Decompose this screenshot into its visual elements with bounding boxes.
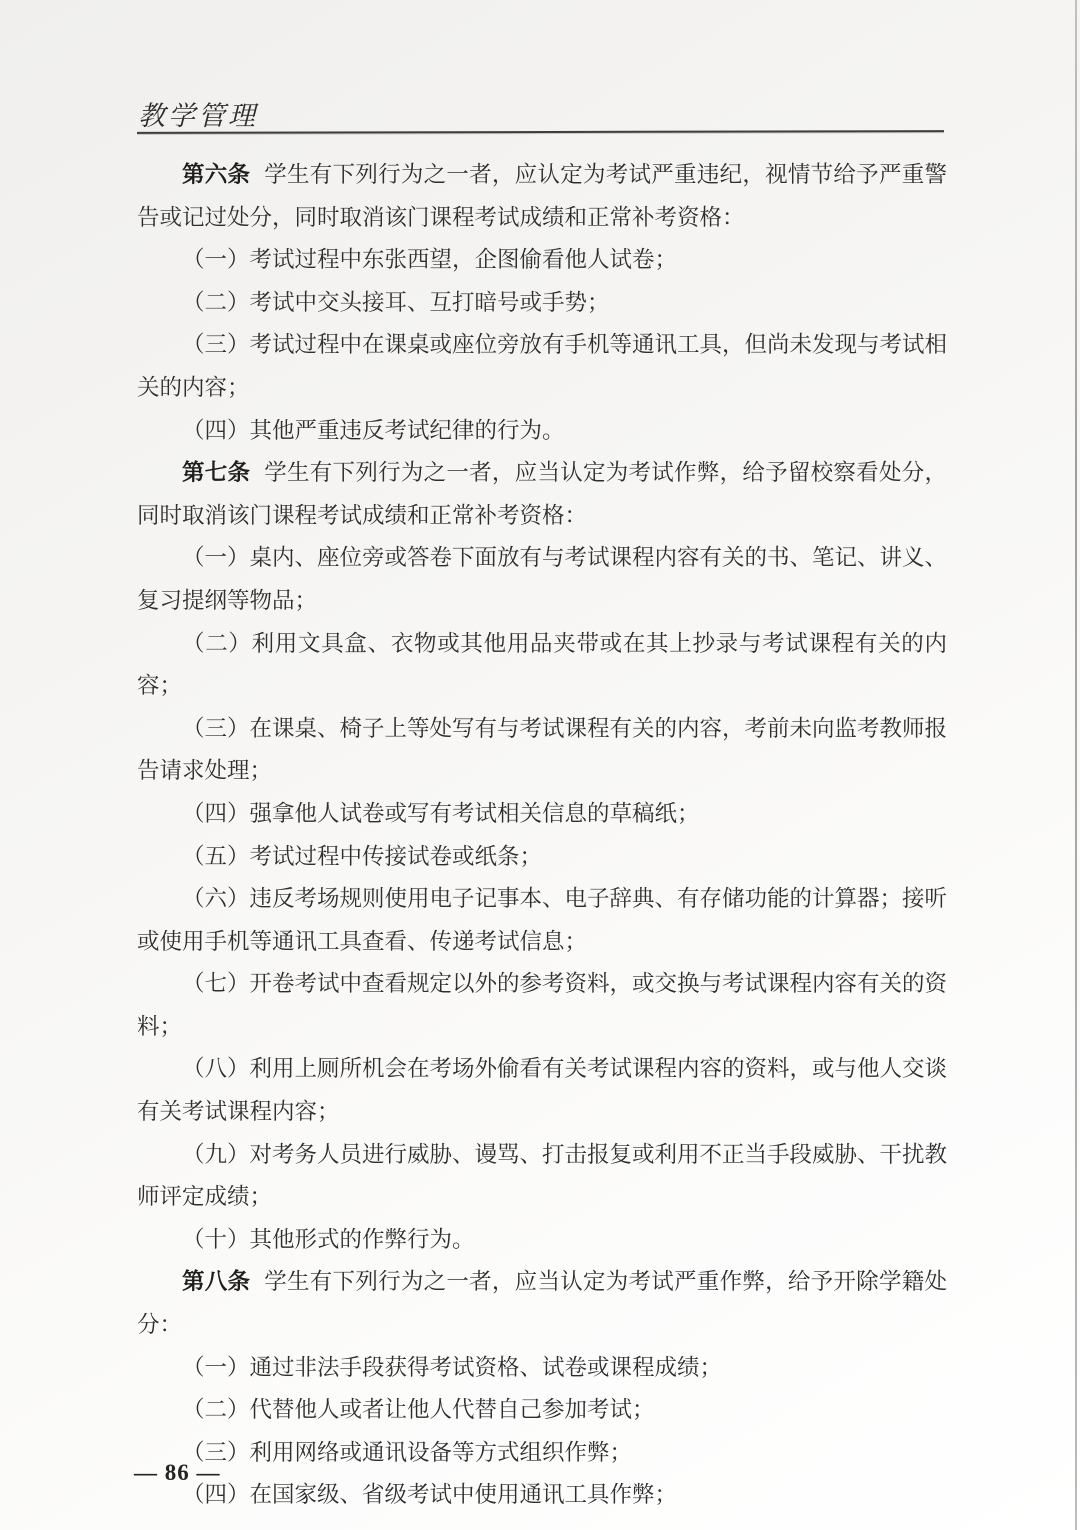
item-paragraph: （二）代替他人或者让他人代替自己参加考试；	[137, 1389, 947, 1432]
paragraph-text: （十）其他形式的作弊行为。	[182, 1227, 475, 1252]
scan-edge-line	[1075, 0, 1077, 1530]
paragraph-text: （八）利用上厕所机会在考场外偷看有关考试课程内容的资料，或与他人交谈有关考试课程…	[137, 1056, 947, 1124]
paragraph-text: （三）在课桌、椅子上等处写有与考试课程有关的内容，考前未向监考教师报告请求处理；	[137, 716, 947, 784]
item-paragraph: （二）利用文具盒、衣物或其他用品夹带或在其上抄录与考试课程有关的内容；	[137, 623, 947, 708]
item-paragraph: （八）利用上厕所机会在考场外偷看有关考试课程内容的资料，或与他人交谈有关考试课程…	[137, 1048, 947, 1133]
item-paragraph: （七）开卷考试中查看规定以外的参考资料，或交换与考试课程内容有关的资料；	[137, 963, 947, 1048]
item-paragraph: （一）通过非法手段获得考试资格、试卷或课程成绩；	[137, 1347, 947, 1390]
item-paragraph: （一）考试过程中东张西望，企图偷看他人试卷；	[137, 239, 947, 282]
paragraph-text: （一）桌内、座位旁或答卷下面放有与考试课程内容有关的书、笔记、讲义、复习提纲等物…	[137, 545, 947, 613]
item-paragraph: （三）利用网络或通讯设备等方式组织作弊；	[137, 1432, 947, 1475]
paragraph-text: （二）考试中交头接耳、互打暗号或手势；	[182, 290, 610, 315]
paragraph-text: （七）开卷考试中查看规定以外的参考资料，或交换与考试课程内容有关的资料；	[137, 971, 947, 1039]
item-paragraph: （十）其他形式的作弊行为。	[137, 1219, 947, 1262]
item-paragraph: （九）对考务人员进行威胁、谩骂、打击报复或利用不正当手段威胁、干扰教师评定成绩；	[137, 1134, 947, 1219]
paragraph-text: （五）考试过程中传接试卷或纸条；	[182, 844, 542, 869]
paragraph-text: （四）强拿他人试卷或写有考试相关信息的草稿纸；	[182, 801, 700, 826]
article-number: 第八条	[182, 1269, 250, 1294]
header-rule	[137, 130, 944, 134]
paragraph-text: （三）利用网络或通讯设备等方式组织作弊；	[182, 1440, 632, 1465]
paragraph-text: （二）代替他人或者让他人代替自己参加考试；	[182, 1397, 655, 1422]
item-paragraph: （三）考试过程中在课桌或座位旁放有手机等通讯工具，但尚未发现与考试相关的内容；	[137, 324, 947, 409]
item-paragraph: （五）考试过程中传接试卷或纸条；	[137, 836, 947, 879]
paragraph-text: 学生有下列行为之一者，应认定为考试严重违纪，视情节给予严重警告或记过处分，同时取…	[137, 162, 947, 230]
article-number: 第七条	[182, 460, 250, 485]
paragraph-text: （九）对考务人员进行威胁、谩骂、打击报复或利用不正当手段威胁、干扰教师评定成绩；	[137, 1142, 947, 1210]
body-text: 第六条学生有下列行为之一者，应认定为考试严重违纪，视情节给予严重警告或记过处分，…	[137, 154, 947, 1517]
running-head: 教学管理	[138, 94, 258, 133]
article-paragraph: 第八条学生有下列行为之一者，应当认定为考试严重作弊，给予开除学籍处分：	[137, 1261, 947, 1346]
article-number: 第六条	[182, 162, 250, 187]
paragraph-text: （六）违反考场规则使用电子记事本、电子辞典、有存储功能的计算器；接听或使用手机等…	[137, 886, 947, 954]
item-paragraph: （六）违反考场规则使用电子记事本、电子辞典、有存储功能的计算器；接听或使用手机等…	[137, 878, 947, 963]
item-paragraph: （四）强拿他人试卷或写有考试相关信息的草稿纸；	[137, 793, 947, 836]
page-number: — 86 —	[134, 1460, 221, 1486]
item-paragraph: （二）考试中交头接耳、互打暗号或手势；	[137, 282, 947, 325]
item-paragraph: （三）在课桌、椅子上等处写有与考试课程有关的内容，考前未向监考教师报告请求处理；	[137, 708, 947, 793]
paragraph-text: （一）通过非法手段获得考试资格、试卷或课程成绩；	[182, 1355, 722, 1380]
paragraph-text: （四）其他严重违反考试纪律的行为。	[182, 418, 565, 443]
document-page: 教学管理 第六条学生有下列行为之一者，应认定为考试严重违纪，视情节给予严重警告或…	[0, 0, 1080, 1530]
item-paragraph: （一）桌内、座位旁或答卷下面放有与考试课程内容有关的书、笔记、讲义、复习提纲等物…	[137, 537, 947, 622]
paragraph-text: （二）利用文具盒、衣物或其他用品夹带或在其上抄录与考试课程有关的内容；	[137, 631, 947, 699]
item-paragraph: （四）其他严重违反考试纪律的行为。	[137, 410, 947, 453]
paragraph-text: （四）在国家级、省级考试中使用通讯工具作弊；	[182, 1482, 677, 1507]
paragraph-text: 学生有下列行为之一者，应当认定为考试严重作弊，给予开除学籍处分：	[137, 1269, 947, 1337]
article-paragraph: 第六条学生有下列行为之一者，应认定为考试严重违纪，视情节给予严重警告或记过处分，…	[137, 154, 947, 239]
article-paragraph: 第七条学生有下列行为之一者，应当认定为考试作弊，给予留校察看处分，同时取消该门课…	[137, 452, 947, 537]
paragraph-text: 学生有下列行为之一者，应当认定为考试作弊，给予留校察看处分，同时取消该门课程考试…	[137, 460, 947, 528]
item-paragraph: （四）在国家级、省级考试中使用通讯工具作弊；	[137, 1474, 947, 1517]
paragraph-text: （三）考试过程中在课桌或座位旁放有手机等通讯工具，但尚未发现与考试相关的内容；	[137, 332, 947, 400]
paragraph-text: （一）考试过程中东张西望，企图偷看他人试卷；	[182, 247, 677, 272]
